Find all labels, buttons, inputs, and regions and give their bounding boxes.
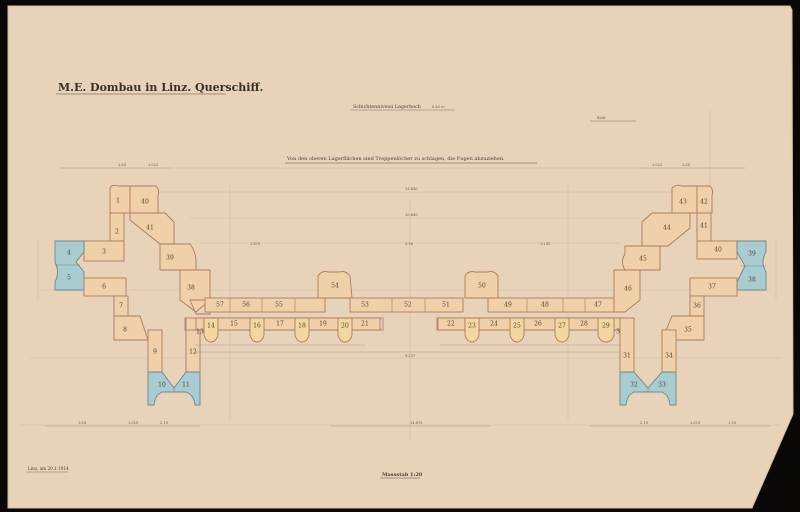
svg-text:2: 2 <box>115 229 119 236</box>
svg-text:25: 25 <box>513 323 521 330</box>
svg-text:35: 35 <box>684 327 692 334</box>
svg-text:50: 50 <box>478 283 486 290</box>
svg-text:1: 1 <box>116 198 120 205</box>
svg-text:18: 18 <box>298 323 306 330</box>
svg-text:1.015: 1.015 <box>690 421 700 425</box>
svg-text:29: 29 <box>602 323 610 330</box>
svg-text:10: 10 <box>158 382 166 389</box>
svg-text:1.015: 1.015 <box>148 163 158 167</box>
svg-text:34: 34 <box>665 353 673 360</box>
svg-text:49: 49 <box>504 302 512 309</box>
svg-text:3: 3 <box>102 249 106 256</box>
svg-text:1.135: 1.135 <box>540 242 550 246</box>
svg-text:1.50: 1.50 <box>78 421 87 425</box>
svg-text:1.875: 1.875 <box>250 242 260 246</box>
svg-text:57: 57 <box>216 302 224 309</box>
svg-text:51: 51 <box>442 302 450 309</box>
svg-text:8: 8 <box>123 327 127 334</box>
svg-text:21: 21 <box>361 321 369 328</box>
svg-text:26: 26 <box>534 321 542 328</box>
svg-text:15: 15 <box>230 321 238 328</box>
svg-text:55: 55 <box>275 302 283 309</box>
svg-text:2.15: 2.15 <box>160 421 168 425</box>
svg-text:13.830: 13.830 <box>405 187 418 191</box>
svg-text:44: 44 <box>663 225 671 232</box>
svg-text:42: 42 <box>700 199 708 206</box>
svg-text:48: 48 <box>541 302 549 309</box>
svg-text:43: 43 <box>679 199 687 206</box>
subtitle: Schichtenniveau Lagerhoch <box>353 104 421 110</box>
svg-text:10.640: 10.640 <box>405 213 418 217</box>
svg-text:7: 7 <box>119 303 123 310</box>
svg-text:46: 46 <box>624 286 632 293</box>
svg-text:6: 6 <box>102 284 106 291</box>
drawing-title: M.E. Dombau in Linz. Querschiff. <box>58 81 263 94</box>
svg-text:47: 47 <box>594 302 602 309</box>
svg-text:1.50: 1.50 <box>118 163 127 167</box>
svg-text:33: 33 <box>658 382 666 389</box>
svg-text:20: 20 <box>341 323 349 330</box>
svg-text:52: 52 <box>404 302 412 309</box>
svg-text:9: 9 <box>153 349 157 356</box>
svg-text:11: 11 <box>182 382 190 389</box>
right-label: Blatt <box>597 116 606 120</box>
svg-text:22: 22 <box>447 321 455 328</box>
svg-text:40: 40 <box>141 199 149 206</box>
svg-text:23: 23 <box>468 323 476 330</box>
svg-text:32: 32 <box>630 382 638 389</box>
date-note: Linz, am 20.1.1914 <box>28 466 69 471</box>
svg-text:54: 54 <box>331 283 339 290</box>
svg-text:2.56: 2.56 <box>405 242 414 246</box>
svg-text:39: 39 <box>166 255 174 262</box>
svg-text:14.675: 14.675 <box>410 421 423 425</box>
instruction-note: Von den oberen Lagerflächen sind Treppen… <box>286 156 505 162</box>
svg-text:13: 13 <box>196 329 204 336</box>
svg-text:27: 27 <box>558 323 566 330</box>
svg-text:53: 53 <box>361 302 369 309</box>
svg-text:2.15: 2.15 <box>640 421 648 425</box>
svg-text:4: 4 <box>67 250 71 257</box>
svg-text:31: 31 <box>623 353 631 360</box>
svg-text:28: 28 <box>580 321 588 328</box>
svg-text:1.50: 1.50 <box>728 421 737 425</box>
svg-text:24: 24 <box>490 321 498 328</box>
svg-text:16: 16 <box>253 323 261 330</box>
svg-text:40: 40 <box>714 247 722 254</box>
svg-text:39: 39 <box>748 251 756 258</box>
svg-text:37: 37 <box>708 284 716 291</box>
svg-text:1.015: 1.015 <box>128 421 138 425</box>
svg-text:41: 41 <box>700 223 708 230</box>
svg-text:36: 36 <box>693 303 701 310</box>
svg-text:19: 19 <box>319 321 327 328</box>
subtitle-small: 0.42 m <box>432 105 445 109</box>
svg-text:38: 38 <box>748 277 756 284</box>
svg-text:1.50: 1.50 <box>682 163 691 167</box>
svg-text:5.237: 5.237 <box>405 354 415 358</box>
scale-label: Massstab 1:20 <box>382 472 423 478</box>
svg-text:17: 17 <box>276 321 284 328</box>
architectural-plan: M.E. Dombau in Linz. Querschiff. Schicht… <box>0 0 800 512</box>
svg-text:56: 56 <box>242 302 250 309</box>
svg-text:45: 45 <box>639 256 647 263</box>
svg-text:14: 14 <box>207 323 215 330</box>
svg-text:5: 5 <box>67 275 71 282</box>
svg-text:1.015: 1.015 <box>652 163 662 167</box>
svg-text:38: 38 <box>187 285 195 292</box>
drawing-sheet: M.E. Dombau in Linz. Querschiff. Schicht… <box>0 0 800 512</box>
svg-text:41: 41 <box>146 225 154 232</box>
